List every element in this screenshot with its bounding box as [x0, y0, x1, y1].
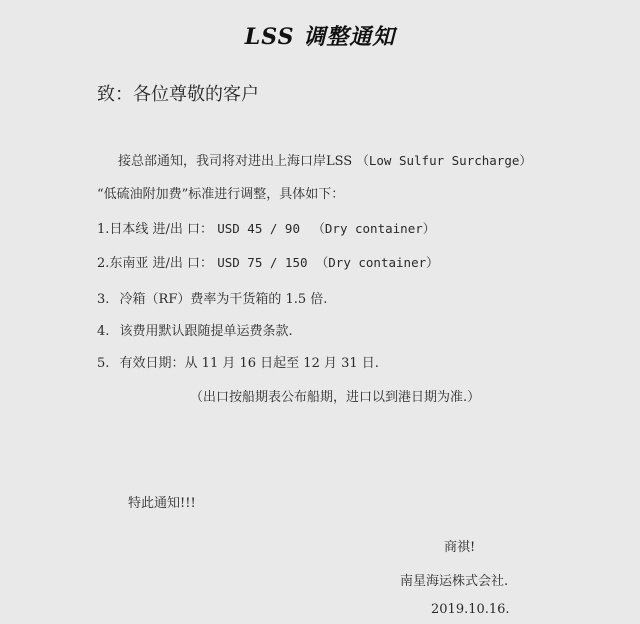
intro-line-1-english: （Low Sulfur Surcharge）: [356, 153, 532, 168]
list-item-reefer-rate: 3. 冷箱（RF）费率为干货箱的 1.5 倍.: [97, 288, 327, 307]
closing-statement: 特此通知!!!: [128, 492, 196, 511]
item-text: 该费用默认跟随提单运费条款.: [120, 324, 293, 339]
regards: 商祺!: [444, 536, 475, 555]
list-item-effective-date: 5. 有效日期：从 11 月 16 日起至 12 月 31 日.: [97, 352, 379, 371]
item-number: 3.: [97, 292, 109, 307]
company-name: 南星海运株式会社.: [400, 570, 508, 589]
item-price: USD 75 / 150: [217, 255, 307, 270]
item-route: 东南亚 进/出 口：: [109, 256, 213, 271]
salutation: 致：各位尊敬的客户: [97, 80, 259, 106]
date-basis-note: （出口按船期表公布船期，进口以到港日期为准.）: [190, 386, 480, 405]
list-item-southeast-asia-rate: 2.东南亚 进/出 口： USD 75 / 150 （Dry container…: [97, 252, 439, 271]
item-route: 日本线 进/出 口：: [109, 222, 213, 237]
item-text: 有效日期：从 11 月 16 日起至 12 月 31 日.: [120, 356, 379, 371]
item-price: USD 45 / 90: [217, 221, 300, 236]
list-item-fee-terms: 4. 该费用默认跟随提单运费条款.: [97, 320, 293, 339]
item-number: 5.: [97, 356, 109, 371]
intro-line-1: 接总部通知，我司将对进出上海口岸LSS （Low Sulfur Surcharg…: [118, 150, 532, 169]
item-text: 冷箱（RF）费率为干货箱的 1.5 倍.: [120, 292, 328, 307]
intro-line-1-chinese: 接总部通知，我司将对进出上海口岸LSS: [118, 154, 352, 169]
issue-date: 2019.10.16.: [431, 602, 510, 617]
item-note: （Dry container）: [316, 255, 439, 270]
list-item-japan-rate: 1.日本线 进/出 口： USD 45 / 90 （Dry container）: [97, 218, 435, 237]
item-note: （Dry container）: [312, 221, 435, 236]
item-number: 2.: [97, 256, 109, 271]
item-number: 4.: [97, 324, 109, 339]
document-title: LSS 调整通知: [0, 20, 640, 51]
item-number: 1.: [97, 222, 109, 237]
intro-line-2: “低硫油附加费”标准进行调整，具体如下：: [97, 183, 344, 202]
